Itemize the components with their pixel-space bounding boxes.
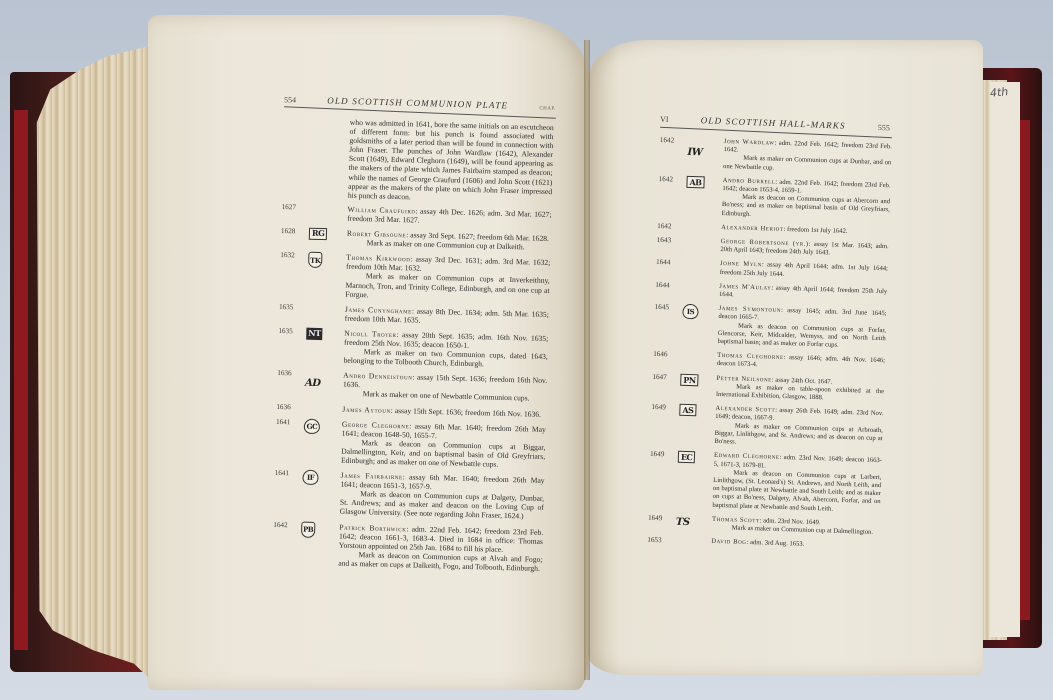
maker-mark-empty [302,403,342,413]
entry-year: 1644 [656,258,683,275]
goldsmith-entry: 1643 George Robertsone (yr.): assay 1st … [656,236,888,260]
entry-note: Mark as maker on table-spoon exhibited a… [716,383,884,405]
entry-note: Mark as deacon on Communion cups at Alva… [338,549,542,573]
goldsmith-name: John Wardlaw [724,138,775,147]
entry-note: Mark as maker on Communion cup at Dalmel… [712,524,880,537]
entry-year: 1641 [275,418,302,464]
maker-mark-icon: AS [679,404,696,417]
entry-year: 1643 [656,236,683,253]
maker-mark-icon: AD [305,370,321,398]
entry-note: Mark as maker on Communion cups at Dunba… [723,154,891,176]
flyleaf-right [990,82,1020,637]
entry-details: : freedom 1st July 1642. [783,226,847,235]
goldsmith-entry: 1653 David Bog: adm. 3rd Aug. 1653. [647,536,879,551]
goldsmith-entry: 1642 Alexander Heriot: freedom 1st July … [657,222,889,237]
goldsmith-name: Alexander Heriot [721,224,784,233]
goldsmith-entry: 1642 PB Patrick Borthwick: adm. 22nd Feb… [272,520,543,573]
entry-year: 1635 [279,303,305,322]
right-page-number: 555 [878,123,890,132]
heart-maker-mark-icon: GC [304,418,320,433]
entry-note: Mark as maker on Communion cups at Arbro… [714,422,883,452]
page-block-left [26,30,161,690]
goldsmith-entry: 1644 James M'Aulay: assay 4th April 1644… [655,281,887,305]
entry-year: 1642 [659,136,686,170]
goldsmith-entry: 1628 RG Robert Gibsoune: assay 3rd Sept.… [281,227,551,252]
maker-mark-empty [307,203,347,222]
goldsmith-name: Andro Burrell [723,177,776,186]
goldsmith-entry: 1635 James Cunynghame: assay 8th Dec. 16… [279,303,549,328]
goldsmith-entry: 1636 AD Andro Denneistoun: assay 15th Se… [277,369,548,403]
entry-note: Mark as maker on Communion cups at Inver… [345,271,550,304]
goldsmith-entry: 1649 AS Alexander Scott: assay 26th Feb.… [650,403,883,451]
maker-mark-empty [679,351,717,369]
goldsmith-name: Johne Myln [720,260,762,268]
maker-mark-icon: PB [301,521,315,537]
handwritten-note: 4th [989,85,1009,100]
entry-year: 1636 [276,402,302,412]
entry-year: 1642 [657,175,684,217]
book-gutter [584,40,590,680]
goldsmith-entry: 1646 Thomas Cleghorne: assay 1646; adm. … [653,350,885,374]
chapter-marker: CHAP. [539,106,556,111]
entry-year: 1647 [652,373,679,398]
book-cover-left-edge [14,110,28,650]
goldsmith-entry: 1644 Johne Myln: assay 4th April 1644; a… [656,258,888,282]
goldsmith-entry: 1642 IW John Wardlaw: adm. 22nd Feb. 164… [659,136,892,176]
entry-year: 1642 [272,520,299,566]
maker-mark-empty [305,303,345,322]
goldsmith-name: James M'Aulay [719,283,771,292]
entry-details: : assay 15th Sept. 1636; freedom 16th No… [391,405,541,418]
entry-year: 1646 [653,350,680,367]
right-page-text: 1642 IW John Wardlaw: adm. 22nd Feb. 164… [647,136,892,557]
maker-mark-icon: TK [308,252,322,268]
maker-mark-empty [681,282,719,300]
left-page-text: who was admitted in 1641, bore the same … [272,116,554,579]
entry-year: 1628 [281,227,307,246]
entry-year: 1632 [279,251,306,297]
maker-mark-icon: AB [686,176,704,189]
maker-mark-empty [682,237,720,255]
maker-mark-icon: PN [680,373,699,386]
entry-year: 1635 [278,327,305,364]
crowned-maker-mark-icon: IW [687,137,703,170]
maker-mark-icon: EC [678,451,696,464]
entry-details: : assay 24th Oct. 1647. [772,376,833,385]
heart-maker-mark-icon: IF [302,470,318,485]
maker-mark-empty [682,259,720,277]
entry-note: Mark as maker on one of Newbattle Commun… [343,389,547,403]
entry-year: 1627 [281,203,307,222]
entry-note: Mark as deacon on Communion cups at Aber… [721,193,890,223]
entry-note: Mark as deacon on Communion cups at Dalg… [340,489,545,522]
entry-year: 1641 [274,469,301,515]
maker-mark-icon: RG [309,228,328,240]
entry-year: 1636 [277,369,304,397]
maker-mark-empty [683,223,721,232]
entry-note: Mark as deacon on Communion cups at Forf… [717,322,886,352]
goldsmith-entry: 1649 TS Thomas Scott: adm. 23rd Nov. 164… [648,514,880,538]
goldsmith-entry: 1649 EC Edward Cleghorne: adm. 23rd Nov.… [648,450,882,515]
entry-details: : adm. 3rd Aug. 1653. [746,539,804,548]
goldsmith-name: David Bog [711,538,746,546]
maker-mark-icon: NT [306,328,323,340]
entry-note: Mark as deacon on Communion cups at Larb… [712,469,881,515]
entry-note: Mark as maker on two Communion cups, dat… [344,347,548,371]
goldsmith-entry: 1647 PN Petter Neilsone: assay 24th Oct.… [652,373,885,405]
entry-year: 1642 [657,222,683,231]
entry-note: Mark as deacon on Communion cups at Bigg… [341,437,546,470]
intro-paragraph: who was admitted in 1641, bore the same … [282,116,554,205]
goldsmith-entry: 1641 GC George Cleghorne: assay 6th Mar.… [275,418,546,471]
entry-year: 1649 [648,514,675,531]
maker-mark-icon: TS [676,514,690,531]
goldsmith-name: James Aytoun [342,404,391,414]
entry-year: 1645 [653,303,680,345]
heart-maker-mark-icon: IS [682,304,698,319]
goldsmith-entry: 1635 NT Nicoll Troter: assay 20th Sept. … [278,327,549,370]
goldsmith-entry: 1642 AB Andro Burrell: adm. 22nd Feb. 16… [657,175,890,223]
goldsmith-entry: 1645 IS James Symontoun: assay 1645; adm… [653,303,886,351]
goldsmith-name: Thomas Scott [712,516,760,524]
goldsmith-entry: 1636 James Aytoun: assay 15th Sept. 1636… [276,402,546,418]
goldsmith-entry: 1627 William Craufuird: assay 4th Dec. 1… [281,203,551,228]
entry-year: 1653 [647,536,673,545]
entry-year: 1649 [648,450,676,508]
maker-mark-empty [673,537,711,546]
left-page-number: 554 [284,95,296,104]
goldsmith-entry: 1641 IF James Fairbairne: assay 6th Mar.… [274,469,545,522]
goldsmith-name: Petter Neilsone [716,375,772,384]
goldsmith-entry: 1632 TK Thomas Kirkwood: assay 3rd Dec. … [279,251,550,304]
entry-year: 1644 [655,281,682,298]
entry-year: 1649 [650,403,677,445]
